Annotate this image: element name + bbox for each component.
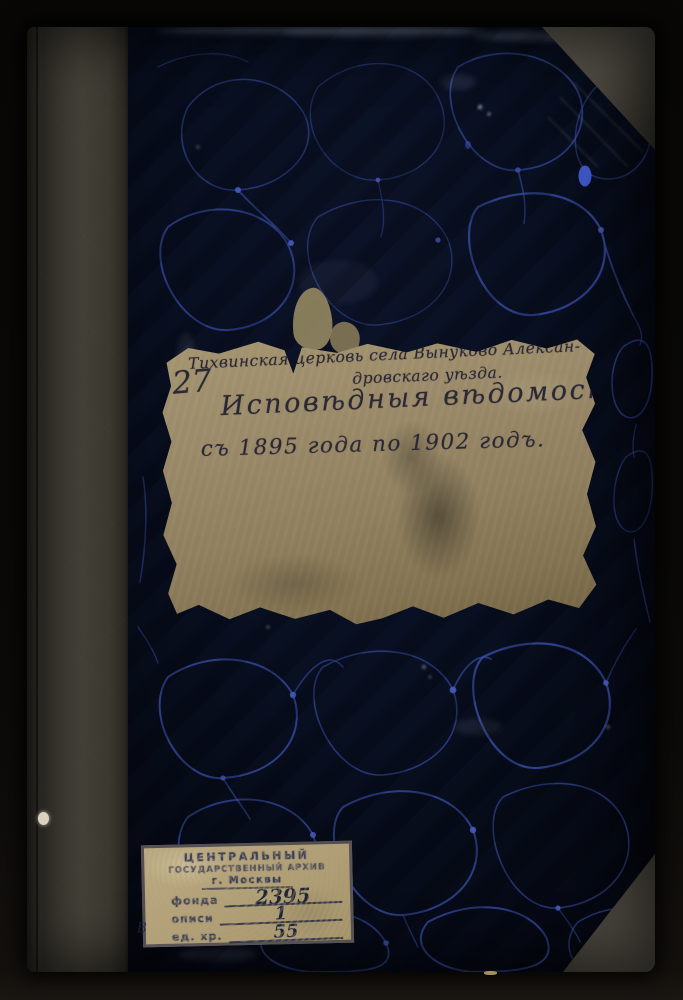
stamp-delo-row: ед. хр. 55 (172, 923, 343, 944)
top-edge-wear (157, 27, 487, 34)
archive-stamp: ЦЕНТРАЛЬНЫЙ ГОСУДАРСТВЕННЫЙ АРХИВ г. Мос… (141, 841, 354, 948)
label-number: 27 (171, 363, 213, 402)
label-years: съ 1895 года по 1902 годъ. (200, 427, 545, 462)
stamp-delo-label: ед. хр. (172, 929, 223, 943)
stamp-opis-label: описи (171, 912, 213, 926)
bottom-edge-chip (484, 971, 497, 975)
spine-white-speck (38, 812, 49, 825)
book-cover-photo: Тихвинская церковь села Вынуково Алексан… (0, 0, 683, 1000)
stamp-fond-label: фонда (171, 894, 219, 908)
bright-blue-fleck (579, 166, 592, 187)
title-label: Тихвинская церковь села Вынуково Алексан… (162, 333, 601, 628)
stamp-delo-value: 55 (228, 923, 343, 944)
stamp-margin-scribble: В (137, 920, 148, 936)
book-spine (27, 27, 128, 972)
